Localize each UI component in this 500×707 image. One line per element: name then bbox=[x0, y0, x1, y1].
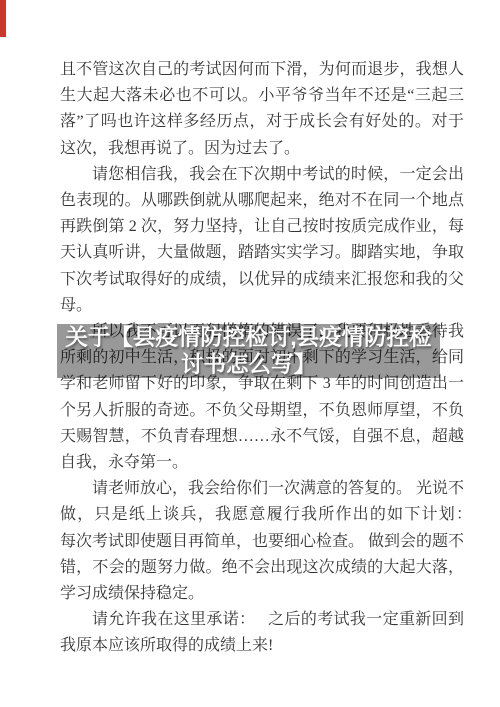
paragraph-1: 且不管这次自己的考试因何而下滑，为何而退步，我想人生大起大落未必也不可以。小平爷… bbox=[60, 57, 464, 162]
document-page: 且不管这次自己的考试因何而下滑，为何而退步，我想人生大起大落未必也不可以。小平爷… bbox=[0, 0, 500, 707]
paragraph-4: 请老师放心，我会给你们一次满意的答复的。 光说不做，只是纸上谈兵，我愿意履行我所… bbox=[60, 476, 464, 607]
page-title-line-2: 讨书怎么写】 bbox=[181, 351, 316, 378]
paragraph-5: 请允许我在这里承诺： 之后的考试我一定重新回到我原本应该所取得的成绩上来! bbox=[60, 607, 464, 659]
paragraph-2: 请您相信我，我会在下次期中考试的时候，一定会出色表现的。从哪跌倒就从哪爬起来，绝… bbox=[60, 162, 464, 319]
page-title-line-1: 关于【县疫情防控检讨,县疫情防控检 bbox=[65, 324, 431, 351]
title-banner-overlay: 关于【县疫情防控检讨,县疫情防控检 讨书怎么写】 bbox=[57, 324, 440, 378]
red-marker bbox=[0, 0, 6, 37]
